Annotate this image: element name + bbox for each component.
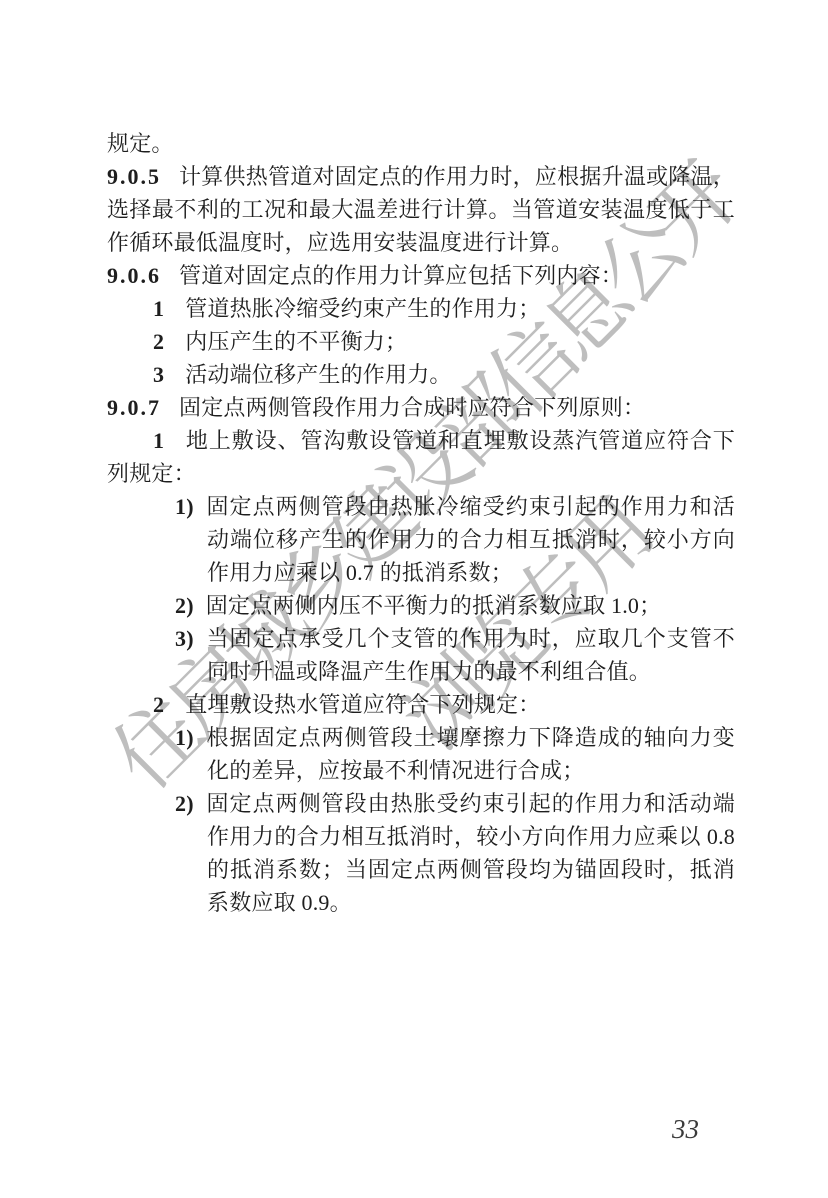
clause-paragraph: 9.0.6管道对固定点的作用力计算应包括下列内容： (107, 259, 735, 292)
clause-number: 9.0.7 (107, 395, 161, 420)
item-paragraph: 3活动端位移产生的作用力。 (107, 358, 735, 391)
item-number: 3) (175, 626, 194, 651)
paragraph-text: 地上敷设、管沟敷设管道和直埋敷设蒸汽管道应符合下列规定： (107, 428, 735, 486)
clause-paragraph: 9.0.7固定点两侧管段作用力合成时应符合下列原则： (107, 391, 735, 424)
paragraph-text: 管道热胀冷缩受约束产生的作用力； (185, 296, 540, 321)
item-number: 1 (153, 428, 164, 453)
item-number: 2) (175, 791, 194, 816)
item-number: 1) (175, 494, 194, 519)
subitem-paragraph: 2)固定点两侧内压不平衡力的抵消系数应取 1.0； (107, 589, 735, 622)
item-paragraph: 2直埋敷设热水管道应符合下列规定： (107, 688, 735, 721)
document-page: 住房城乡建设部信息公开 浏览专用 规定。9.0.5计算供热管道对固定点的作用力时… (0, 0, 828, 1198)
paragraph-text: 内压产生的不平衡力； (185, 329, 407, 354)
subitem-paragraph: 2)固定点两侧管段由热胀受约束引起的作用力和活动端作用力的合力相互抵消时，较小方… (107, 787, 735, 919)
paragraph-text: 固定点两侧管段作用力合成时应符合下列原则： (179, 395, 645, 420)
paragraph-text: 管道对固定点的作用力计算应包括下列内容： (179, 263, 623, 288)
page-number: 33 (672, 1114, 699, 1145)
item-paragraph: 1管道热胀冷缩受约束产生的作用力； (107, 292, 735, 325)
paragraph-text: 规定。 (107, 131, 174, 156)
paragraph-text: 固定点两侧管段由热胀冷缩受约束引起的作用力和活动端位移产生的作用力的合力相互抵消… (206, 494, 735, 585)
item-number: 2) (175, 593, 194, 618)
subitem-paragraph: 3)当固定点承受几个支管的作用力时，应取几个支管不同时升温或降温产生作用力的最不… (107, 622, 735, 688)
item-number: 1) (175, 725, 194, 750)
paragraph-text: 活动端位移产生的作用力。 (185, 362, 451, 387)
item-paragraph: 1地上敷设、管沟敷设管道和直埋敷设蒸汽管道应符合下列规定： (107, 424, 735, 490)
item-number: 3 (153, 362, 164, 387)
subitem-paragraph: 1)固定点两侧管段由热胀冷缩受约束引起的作用力和活动端位移产生的作用力的合力相互… (107, 490, 735, 589)
clause-number: 9.0.5 (107, 164, 161, 189)
paragraph-text: 当固定点承受几个支管的作用力时，应取几个支管不同时升温或降温产生作用力的最不利组… (206, 626, 735, 684)
item-number: 2 (153, 329, 164, 354)
item-number: 1 (153, 296, 164, 321)
paragraph-text: 计算供热管道对固定点的作用力时，应根据升温或降温，选择最不利的工况和最大温差进行… (107, 164, 735, 255)
paragraph-text: 固定点两侧管段由热胀受约束引起的作用力和活动端作用力的合力相互抵消时，较小方向作… (206, 791, 735, 915)
clause-number: 9.0.6 (107, 263, 161, 288)
document-body-text: 规定。9.0.5计算供热管道对固定点的作用力时，应根据升温或降温，选择最不利的工… (107, 127, 735, 919)
paragraph-text: 直埋敷设热水管道应符合下列规定： (185, 692, 540, 717)
clause-paragraph: 9.0.5计算供热管道对固定点的作用力时，应根据升温或降温，选择最不利的工况和最… (107, 160, 735, 259)
paragraph-text: 固定点两侧内压不平衡力的抵消系数应取 1.0； (206, 593, 662, 618)
plain-paragraph: 规定。 (107, 127, 735, 160)
subitem-paragraph: 1)根据固定点两侧管段土壤摩擦力下降造成的轴向力变化的差异，应按最不利情况进行合… (107, 721, 735, 787)
item-number: 2 (153, 692, 164, 717)
paragraph-text: 根据固定点两侧管段土壤摩擦力下降造成的轴向力变化的差异，应按最不利情况进行合成； (206, 725, 735, 783)
item-paragraph: 2内压产生的不平衡力； (107, 325, 735, 358)
